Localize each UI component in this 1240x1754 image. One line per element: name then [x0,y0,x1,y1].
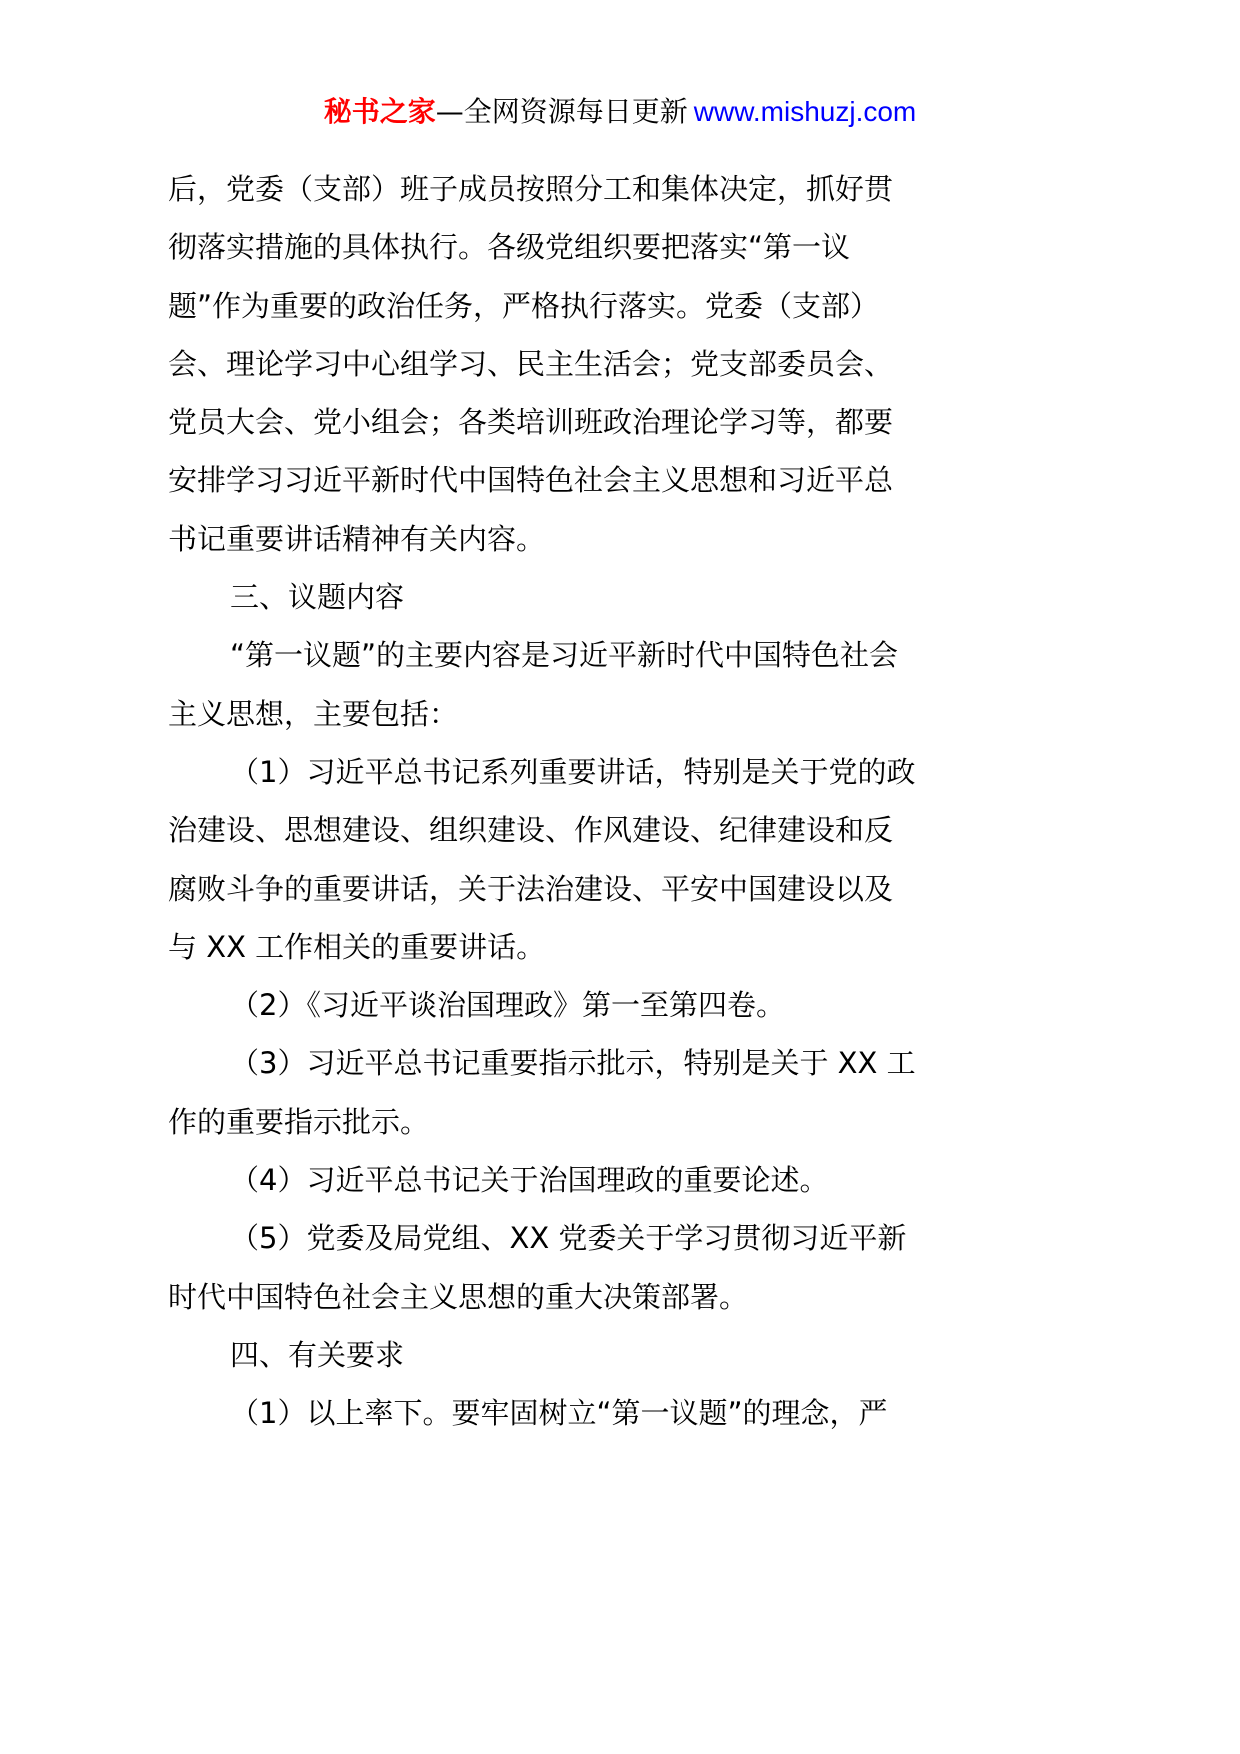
text-line: 腐败斗争的重要讲话，关于法治建设、平安中国建设以及 [168,860,948,918]
requirement-item-1: （1）以上率下。要牢固树立“第一议题”的理念，严 [168,1384,948,1442]
section-heading-4: 四、有关要求 [168,1326,948,1384]
list-item-1: （1）习近平总书记系列重要讲话，特别是关于党的政 [168,743,948,801]
header-tagline: —全网资源每日更新 [436,95,688,128]
text-line: 与 XX 工作相关的重要讲话。 [168,918,948,976]
brand-name: 秘书之家 [324,95,436,128]
text-line: 时代中国特色社会主义思想的重大决策部署。 [168,1268,948,1326]
text-line: 作的重要指示批示。 [168,1093,948,1151]
list-item-4: （4）习近平总书记关于治国理政的重要论述。 [168,1151,948,1209]
section-heading-3: 三、议题内容 [168,568,948,626]
text-line: 后，党委（支部）班子成员按照分工和集体决定，抓好贯 [168,160,948,218]
text-line: 会、理论学习中心组学习、民主生活会；党支部委员会、 [168,335,948,393]
page-header-banner: 秘书之家—全网资源每日更新www.mishuzj.com [0,92,1240,132]
text-line: “第一议题”的主要内容是习近平新时代中国特色社会 [168,626,948,684]
text-line: 书记重要讲话精神有关内容。 [168,510,948,568]
list-item-3: （3）习近平总书记重要指示批示，特别是关于 XX 工 [168,1034,948,1092]
document-body: 后，党委（支部）班子成员按照分工和集体决定，抓好贯 彻落实措施的具体执行。各级党… [168,160,948,1443]
text-line: 主义思想，主要包括： [168,685,948,743]
list-item-5: （5）党委及局党组、XX 党委关于学习贯彻习近平新 [168,1209,948,1267]
text-line: 彻落实措施的具体执行。各级党组织要把落实“第一议 [168,218,948,276]
text-line: 党员大会、党小组会；各类培训班政治理论学习等，都要 [168,393,948,451]
text-line: 治建设、思想建设、组织建设、作风建设、纪律建设和反 [168,801,948,859]
text-line: 题”作为重要的政治任务，严格执行落实。党委（支部） [168,277,948,335]
text-line: 安排学习习近平新时代中国特色社会主义思想和习近平总 [168,451,948,509]
website-link[interactable]: www.mishuzj.com [694,96,916,127]
list-item-2: （2）《习近平谈治国理政》第一至第四卷。 [168,976,948,1034]
